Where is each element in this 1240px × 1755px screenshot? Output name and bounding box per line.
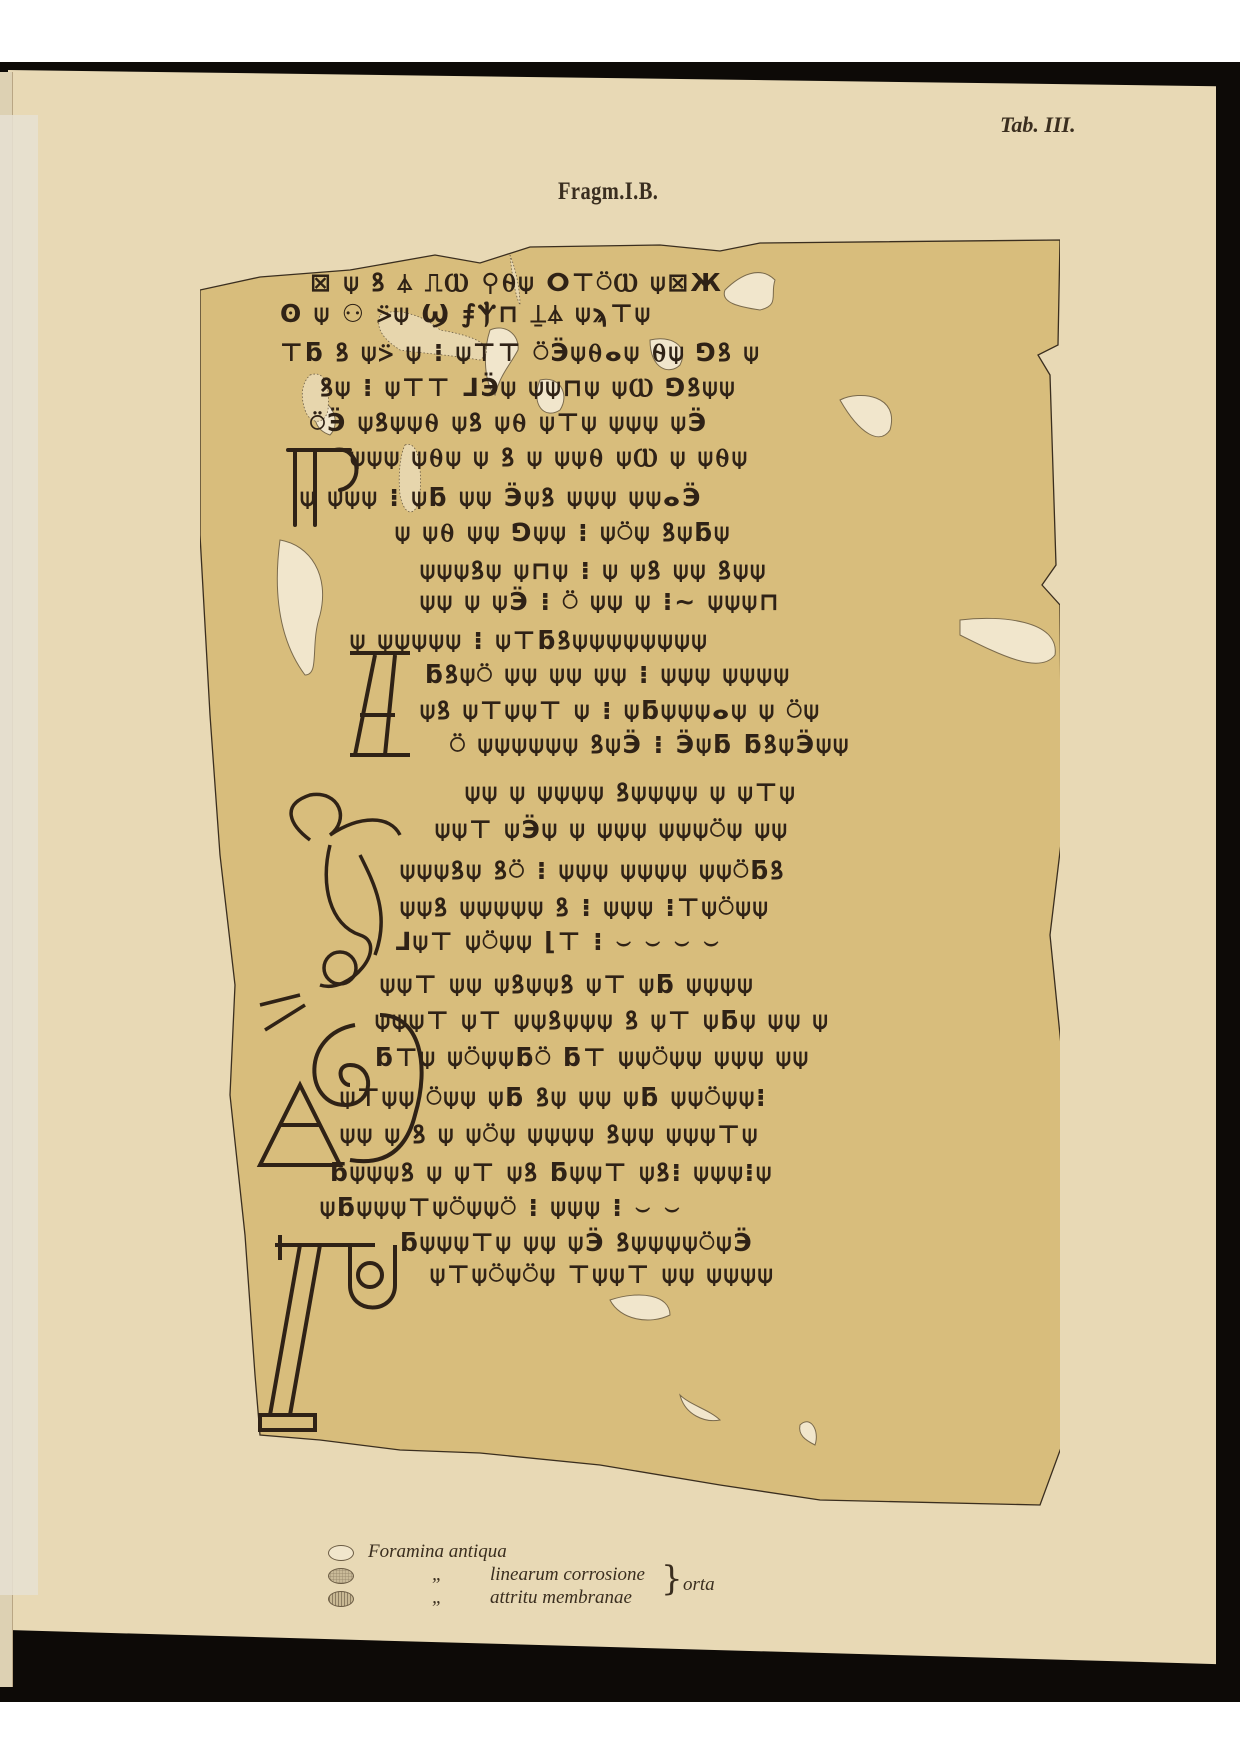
fragment-title: Fragm.I.B. [558,178,658,206]
initials [200,235,1060,1510]
initial-spiral-letter-icon [260,1015,422,1165]
legend-bracket-label: orta [683,1574,715,1596]
plate-number: Tab. III. [1000,112,1076,138]
legend-ditto: „ [432,1587,443,1609]
legend-swatch-dotted-icon [328,1568,354,1584]
legend-label: linearum corrosione [490,1564,645,1586]
initial-letter-1-icon [288,450,356,525]
legend-swatch-empty-icon [328,1545,354,1561]
top-margin [0,0,1240,62]
manuscript-fragment: ⊠ ⍦ ꝸ ⏃ ⎍Ⲱ ⚲⍬⍦ ⵔ⊤⍥Ⲱ ⍦⊠Ж ʘ ⍦ ⚇ ⍩⍦ Ϣ ⨎Ⲯ⊓ ⍊… [200,235,1060,1510]
legend-label: attritu membranae [490,1587,632,1609]
tissue-guard [0,115,38,1595]
initial-letter-2-icon [350,653,410,755]
initial-letter-face-icon [260,1235,395,1430]
legend-ditto: „ [432,1564,443,1586]
initial-dragon-icon [260,794,400,1030]
legend-bracket: } [661,1559,683,1599]
legend-swatch-hatched-icon [328,1591,354,1607]
legend-label: Foramina antiqua [368,1541,507,1563]
